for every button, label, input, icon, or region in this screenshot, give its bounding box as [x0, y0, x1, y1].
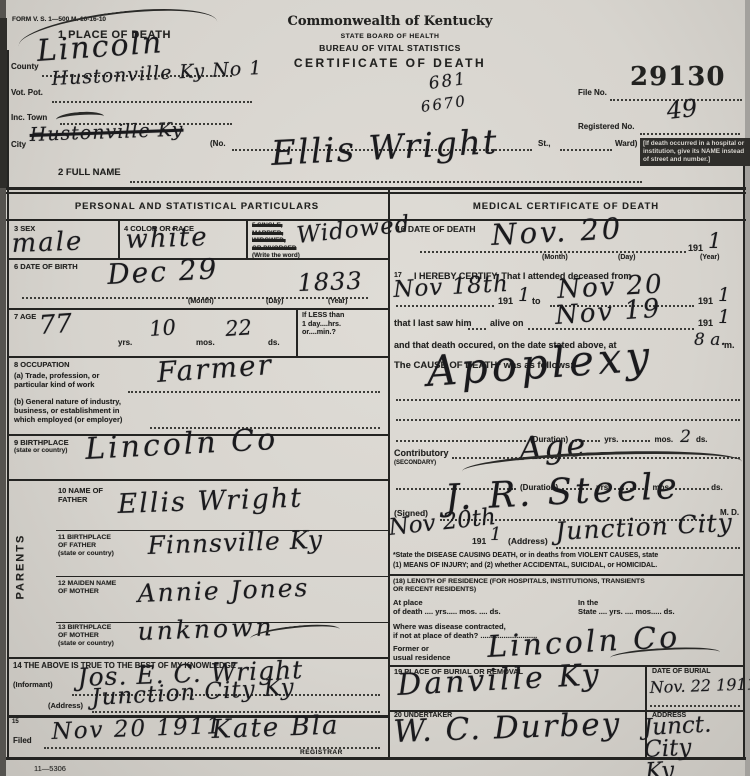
- undertaker-value: W. C. Durbey: [393, 710, 622, 747]
- file-no-value: 29130: [630, 62, 725, 93]
- commonwealth-title: Commonwealth of Kentucky: [240, 14, 540, 30]
- duration2-ds-unit: ds.: [709, 483, 725, 493]
- duration-yrs-unit: yrs.: [600, 435, 622, 445]
- registrar-label: REGISTRAR: [300, 749, 343, 757]
- certify-from-leader: [396, 304, 494, 307]
- mother-birthplace-label: 13 BIRTHPLACE OF MOTHER (state or countr…: [58, 624, 114, 648]
- scanned-death-certificate: { "meta": {"doc_type": "Certificate of D…: [0, 0, 750, 776]
- duration-mos-unit: mos.: [650, 435, 677, 445]
- rule-footnote: [390, 574, 744, 576]
- full-name-leader: [130, 180, 642, 183]
- birthplace-label: 9 BIRTHPLACE: [14, 438, 69, 447]
- former-residence-label: Former or usual residence: [393, 644, 450, 662]
- scan-edge-right: [745, 0, 750, 776]
- certify-from-year-printed: 191: [498, 296, 513, 307]
- occupation-b-label: (b) General nature of industry, business…: [14, 397, 122, 424]
- dod-year-sub: (Year): [700, 254, 719, 262]
- board-title: STATE BOARD OF HEALTH: [240, 33, 540, 41]
- dod-label: 16 DATE OF DEATH: [396, 224, 476, 234]
- age-years-value: 77: [38, 312, 73, 339]
- occupation-a-label: (a) Trade, profession, or particular kin…: [14, 371, 99, 389]
- certify-to-label: to: [532, 296, 541, 307]
- signed-year-digit: 1: [490, 526, 501, 543]
- contributory-label: Contributory: [394, 448, 449, 459]
- certify-to-year-digit: 1: [718, 286, 730, 304]
- registered-no-value: 49: [666, 97, 699, 123]
- occupation-a-value: Farmer: [156, 352, 274, 387]
- dod-leader: [420, 250, 686, 253]
- county-label: County: [11, 62, 39, 72]
- filed-label: Filed: [13, 736, 32, 746]
- row-line-birthplace: [8, 479, 388, 481]
- mother-name-value: Annie Jones: [137, 576, 310, 606]
- city-label: City: [11, 140, 26, 150]
- burial-date-value: Nov. 22 1911: [649, 676, 750, 695]
- dob-year-sub: (Year): [328, 298, 347, 306]
- registrar-signature: Kate Bla: [211, 714, 340, 743]
- duration-ds-unit: ds.: [694, 435, 710, 445]
- dod-year-digit: 1: [708, 232, 721, 252]
- city-ward-label: Ward): [615, 139, 637, 149]
- cause-leader-2: [396, 418, 740, 421]
- full-name-value: Ellis Wright: [270, 126, 499, 170]
- cause-leader-1: [396, 398, 740, 401]
- hospital-note: [If death occurred in a hospital or inst…: [640, 138, 750, 166]
- burial-date-label: DATE OF BURIAL: [652, 668, 711, 676]
- border-left: [7, 50, 9, 760]
- rule-header-1: [6, 187, 746, 190]
- residence-label: (18) LENGTH OF RESIDENCE (FOR HOSPITALS,…: [393, 578, 645, 594]
- filed-number: 15: [12, 719, 19, 726]
- certify-from-year-digit: 1: [518, 286, 530, 304]
- scan-edge-left-dark: [0, 18, 7, 188]
- alive-on-text: alive on: [490, 318, 524, 329]
- registered-no-leader: [640, 132, 740, 135]
- cell-line-age: [296, 308, 298, 356]
- occupation-label: 8 OCCUPATION: [14, 360, 70, 369]
- city-no-label: (No.: [210, 139, 226, 149]
- dob-label: 6 DATE OF BIRTH: [14, 262, 78, 271]
- last-saw-year-digit: 1: [718, 308, 730, 326]
- dod-value: Nov. 20: [491, 215, 624, 249]
- burial-date-leader: [650, 704, 740, 707]
- mother-name-label: 12 MAIDEN NAME OF MOTHER: [58, 580, 116, 596]
- city-st-leader: [560, 148, 612, 151]
- death-time-m-label: m.: [724, 340, 735, 351]
- cell-line-2: [246, 221, 248, 258]
- sex-value: male: [11, 230, 84, 257]
- certify-from-value: Nov 18th: [393, 274, 510, 302]
- residence-at-place: At place of death .... yrs..... mos. ...…: [393, 598, 501, 616]
- dob-day-sub: (Day): [266, 298, 284, 306]
- age-months-unit: mos.: [196, 338, 215, 348]
- signed-address-leader: [556, 546, 740, 549]
- informant-label: (Informant): [13, 680, 53, 689]
- last-saw-leader2: [528, 327, 694, 330]
- parents-side-label: PARENTS: [14, 534, 27, 600]
- full-name-label: 2 FULL NAME: [58, 167, 121, 178]
- bureau-title: BUREAU OF VITAL STATISTICS: [240, 43, 540, 53]
- father-name-value: Ellis Wright: [117, 486, 303, 518]
- last-saw-text: that I last saw him: [394, 318, 472, 329]
- certify-to-year-printed: 191: [698, 296, 713, 307]
- duration-ds-value: 2: [677, 429, 694, 445]
- rule-header-2: [6, 192, 746, 194]
- duration-leader-a: [396, 428, 526, 442]
- death-time-value: 8 a.: [694, 332, 726, 348]
- contributory-sub: (SECONDARY): [394, 460, 436, 467]
- dod-month-sub: (Month): [542, 254, 568, 262]
- masthead: Commonwealth of Kentucky STATE BOARD OF …: [240, 14, 540, 70]
- scribble-number-top: 681: [428, 71, 468, 92]
- left-section-title: PERSONAL AND STATISTICAL PARTICULARS: [8, 201, 386, 212]
- informant-address-label: (Address): [48, 701, 83, 710]
- last-saw-leader1: [468, 327, 486, 330]
- undertaker-address-value: Junct. City Ky: [643, 713, 750, 776]
- registered-no-label: Registered No.: [578, 122, 634, 132]
- age-label: 7 AGE: [14, 312, 36, 321]
- last-saw-year-printed: 191: [698, 318, 713, 329]
- color-race-value: white: [125, 225, 209, 253]
- vot-pot-label: Vot. Pot.: [11, 88, 43, 98]
- right-section-title: MEDICAL CERTIFICATE OF DEATH: [390, 201, 742, 212]
- dob-value: Dec 29: [107, 256, 219, 288]
- duration-leader-c: [622, 428, 650, 442]
- signed-address-label: (Address): [508, 536, 548, 546]
- city-st-label: St.,: [538, 139, 550, 149]
- age-days-unit: ds.: [268, 338, 280, 348]
- divider-columns: [388, 187, 390, 759]
- city-value-struck: Hustonville Ky: [29, 121, 183, 144]
- dob-month-sub: (Month): [188, 298, 214, 306]
- certificate-title: CERTIFICATE OF DEATH: [240, 56, 540, 70]
- vot-pot-leader: [52, 100, 252, 103]
- marital-option-married: MARRIED,: [252, 230, 300, 238]
- footnote-line2: (1) MEANS OF INJURY; and (2) whether ACC…: [393, 562, 657, 570]
- father-birthplace-value: Finnsville Ky: [147, 528, 323, 558]
- filed-date-value: Nov 20 1911: [51, 716, 223, 744]
- age-days-value: 22: [225, 318, 253, 340]
- age-months-value: 10: [149, 318, 177, 340]
- duration2-leader-d: [675, 476, 709, 490]
- inc-town-label: Inc. Town: [11, 113, 47, 123]
- birthplace-sub: (state or country): [14, 447, 67, 455]
- marital-option-single: 5 SINGLE,: [252, 222, 300, 230]
- rule-bottom: [6, 757, 746, 760]
- border-right: [743, 140, 745, 760]
- father-name-label: 10 NAME OF FATHER: [58, 486, 103, 504]
- footnote-line1: *State the DISEASE CAUSING DEATH, or in …: [393, 552, 658, 560]
- dod-day-sub: (Day): [618, 254, 636, 262]
- cell-line-1: [118, 221, 120, 258]
- occupation-a-leader: [128, 390, 380, 393]
- father-birthplace-label: 11 BIRTHPLACE OF FATHER (state or countr…: [58, 534, 114, 558]
- last-saw-date-value: Nov 19: [554, 297, 662, 329]
- file-no-label: File No.: [578, 88, 607, 98]
- print-code: 11—5306: [34, 764, 66, 773]
- dod-year-printed: 191: [688, 243, 703, 254]
- county-value: Lincoln: [36, 29, 164, 66]
- dob-year: 1833: [297, 270, 363, 295]
- marital-options: 5 SINGLE, MARRIED, WIDOWED, OR DIVORCED …: [252, 222, 300, 260]
- signed-year-printed: 191: [472, 536, 486, 546]
- age-less-note: If LESS than 1 day....hrs. or....min.?: [302, 311, 344, 337]
- marital-option-widowed: WIDOWED,: [252, 237, 300, 245]
- age-years-unit: yrs.: [118, 338, 132, 348]
- residence-in-state: In the State .... yrs. .... mos..... ds.: [578, 598, 675, 616]
